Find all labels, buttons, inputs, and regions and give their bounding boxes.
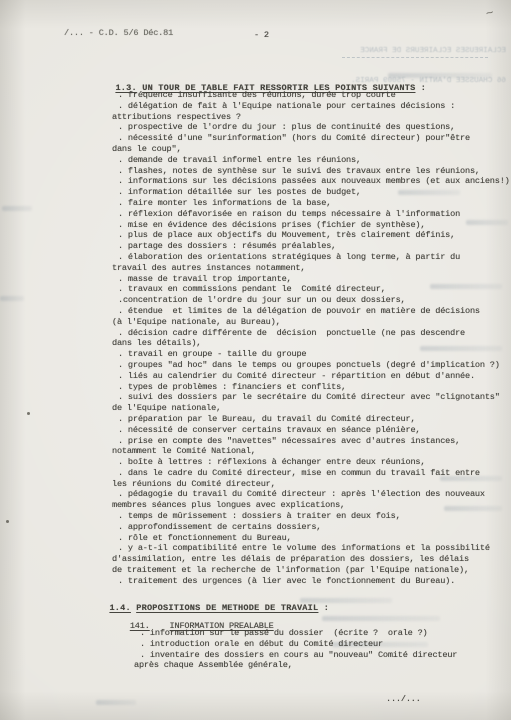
bullet-item: . fréquence insuffisante des réunions, d… <box>94 90 509 101</box>
bullet-item: .concentration de l'ordre du jour sur un… <box>94 295 509 306</box>
bullet-item: . travail en groupe - taille du groupe <box>94 349 509 360</box>
bullet-item: . suivi des dossiers par le secrétaire d… <box>94 392 509 414</box>
text-line: . mise en évidence des décisions prises … <box>118 220 509 231</box>
text-line: . introduction orale en début du Comité … <box>140 639 509 650</box>
text-line: membres séances plus longues avec explic… <box>112 500 509 511</box>
text-line: . décision cadre différente de décision … <box>118 328 509 339</box>
bullet-item: . demande de travail informel entre les … <box>94 155 509 166</box>
text-line: . pédagogie du travail du Comité directe… <box>118 489 509 500</box>
text-line: . types de problèmes : financiers et con… <box>118 382 509 393</box>
text-line: de traitement et la recherche de l'infor… <box>112 565 509 576</box>
bullet-item: . réflexion défavorisée en raison du tem… <box>94 209 509 220</box>
bullet-item: . partage des dossiers : résumés préalab… <box>94 241 509 252</box>
section-suffix: : <box>318 603 329 613</box>
text-line: . temps de mûrissement : dossiers à trai… <box>118 511 509 522</box>
bleedthrough-line: ECLAIREUSES ECLAIREURS DE FRANCE <box>308 46 506 56</box>
bleedthrough-smudge <box>322 616 440 621</box>
text-line: . réflexion défavorisée en raison du tem… <box>118 209 509 220</box>
bullet-item: . délégation de fait à l'Equipe national… <box>94 101 509 123</box>
bullet-item: . y a-t-il compatibilité entre le volume… <box>94 543 509 575</box>
text-line: . travail en groupe - taille du groupe <box>118 349 509 360</box>
bullet-item: . mise en évidence des décisions prises … <box>94 220 509 231</box>
text-line: notamment le Comité National, <box>112 446 509 457</box>
text-line: . travaux en commissions pendant le Comi… <box>118 284 509 295</box>
bullet-item: . faire monter les informations de la ba… <box>94 198 509 209</box>
text-line: . nécessité d'une "surinformation" (hors… <box>118 133 509 144</box>
bullet-item: . informations sur les décisions passées… <box>94 176 509 187</box>
text-line: . y a-t-il compatibilité entre le volume… <box>118 543 509 554</box>
text-line: dans le coup", <box>112 144 509 155</box>
text-line: . partage des dossiers : résumés préalab… <box>118 241 509 252</box>
continuation-mark: .../... <box>386 694 421 705</box>
text-line: d'assimilation, entre les délais de prép… <box>112 554 509 565</box>
text-line: de l'Equipe nationale, <box>112 403 509 414</box>
text-line: . liés au calendrier du Comité directeur… <box>118 371 509 382</box>
bullet-item: . introduction orale en début du Comité … <box>94 639 509 650</box>
scanned-document-page: ~ /... - C.D. 5/6 Déc.81 - 2 ECLAIREUSES… <box>0 0 511 720</box>
page-number: - 2 <box>254 30 269 41</box>
bullet-item: . rôle et fonctionnement du Bureau, <box>94 533 509 544</box>
bullet-item: . approfondissement de certains dossiers… <box>94 522 509 533</box>
bullet-item: . types de problèmes : financiers et con… <box>94 382 509 393</box>
text-line: . suivi des dossiers par le secrétaire d… <box>118 392 509 403</box>
text-line: . information sur le passé du dossier (é… <box>140 628 509 639</box>
bullet-item: . flashes, notes de synthèse sur le suiv… <box>94 166 509 177</box>
text-line: . délégation de fait à l'Equipe national… <box>118 101 509 112</box>
margin-smudge <box>2 206 32 211</box>
text-line: (à l'Equipe nationale, au Bureau), <box>112 317 509 328</box>
bullet-item: . prospective de l'ordre du jour : plus … <box>94 122 509 133</box>
bullet-item: . plus de place aux objectifs du Mouveme… <box>94 230 509 241</box>
text-line: . préparation par le Bureau, du travail … <box>118 414 509 425</box>
bullet-item: . élaboration des orientations stratégiq… <box>94 252 509 274</box>
text-line: attributions respectives ? <box>112 112 509 123</box>
bullet-item: . traitement des urgences (à lier avec l… <box>94 576 509 587</box>
ink-speck <box>27 412 30 415</box>
text-line: . masse de travail trop importante, <box>118 274 509 285</box>
text-line: . demande de travail informel entre les … <box>118 155 509 166</box>
bullet-item: . temps de mûrissement : dossiers à trai… <box>94 511 509 522</box>
bullet-item: . masse de travail trop importante, <box>94 274 509 285</box>
text-line: . élaboration des orientations stratégiq… <box>118 252 509 263</box>
document-header-reference: /... - C.D. 5/6 Déc.81 <box>64 28 173 39</box>
text-line: . dans le cadre du Comité directeur, mis… <box>118 468 509 479</box>
section-1-3-list: . fréquence insuffisante des réunions, d… <box>94 90 509 587</box>
text-line: . approfondissement de certains dossiers… <box>118 522 509 533</box>
bullet-item: . préparation par le Bureau, du travail … <box>94 414 509 425</box>
bullet-item: . nécessité de conserver certains travau… <box>94 425 509 436</box>
bullet-item: . inventaire des dossiers en cours au "n… <box>94 650 509 672</box>
text-line: . prise en compte des "navettes" nécessa… <box>118 436 509 447</box>
subsection-141-list: . information sur le passé du dossier (é… <box>94 628 509 671</box>
bullet-item: . prise en compte des "navettes" nécessa… <box>94 436 509 458</box>
ink-speck <box>6 520 9 523</box>
text-line: travail des autres instances notamment, <box>112 263 509 274</box>
text-line: . informations sur les décisions passées… <box>118 176 509 187</box>
text-line: . rôle et fonctionnement du Bureau, <box>118 533 509 544</box>
bullet-item: . boîte à lettres : réflexions à échange… <box>94 457 509 468</box>
bullet-item: . dans le cadre du Comité directeur, mis… <box>94 468 509 490</box>
text-line: après chaque Assemblée générale, <box>134 660 509 671</box>
text-line: . flashes, notes de synthèse sur le suiv… <box>118 166 509 177</box>
bullet-item: . liés au calendrier du Comité directeur… <box>94 371 509 382</box>
text-line: les réunions du Comité directeur, <box>112 479 509 490</box>
bullet-item: . décision cadre différente de décision … <box>94 328 509 350</box>
text-line: . groupes "ad hoc" dans le temps ou grou… <box>118 360 509 371</box>
bleedthrough-rule <box>342 57 488 58</box>
text-line: . faire monter les informations de la ba… <box>118 198 509 209</box>
text-line: . boîte à lettres : réflexions à échange… <box>118 457 509 468</box>
bullet-item: . information détaillée sur les postes d… <box>94 187 509 198</box>
bullet-item: . travaux en commissions pendant le Comi… <box>94 284 509 295</box>
text-line: . prospective de l'ordre du jour : plus … <box>118 122 509 133</box>
text-line: dans les détails), <box>112 338 509 349</box>
pen-mark: ~ <box>484 5 496 22</box>
text-line: . information détaillée sur les postes d… <box>118 187 509 198</box>
bullet-item: . nécessité d'une "surinformation" (hors… <box>94 133 509 155</box>
text-line: . plus de place aux objectifs du Mouveme… <box>118 230 509 241</box>
bullet-item: . étendue et limites de la délégation de… <box>94 306 509 328</box>
margin-smudge <box>0 296 24 301</box>
bullet-item: . pédagogie du travail du Comité directe… <box>94 489 509 511</box>
bullet-item: . information sur le passé du dossier (é… <box>94 628 509 639</box>
text-line: . nécessité de conserver certains travau… <box>118 425 509 436</box>
footer-smudge <box>96 700 136 705</box>
text-line: . fréquence insuffisante des réunions, d… <box>118 90 509 101</box>
bullet-item: . groupes "ad hoc" dans le temps ou grou… <box>94 360 509 371</box>
text-line: .concentration de l'ordre du jour sur un… <box>118 295 509 306</box>
text-line: . inventaire des dossiers en cours au "n… <box>140 650 509 661</box>
text-line: . étendue et limites de la délégation de… <box>118 306 509 317</box>
text-line: . traitement des urgences (à lier avec l… <box>118 576 509 587</box>
